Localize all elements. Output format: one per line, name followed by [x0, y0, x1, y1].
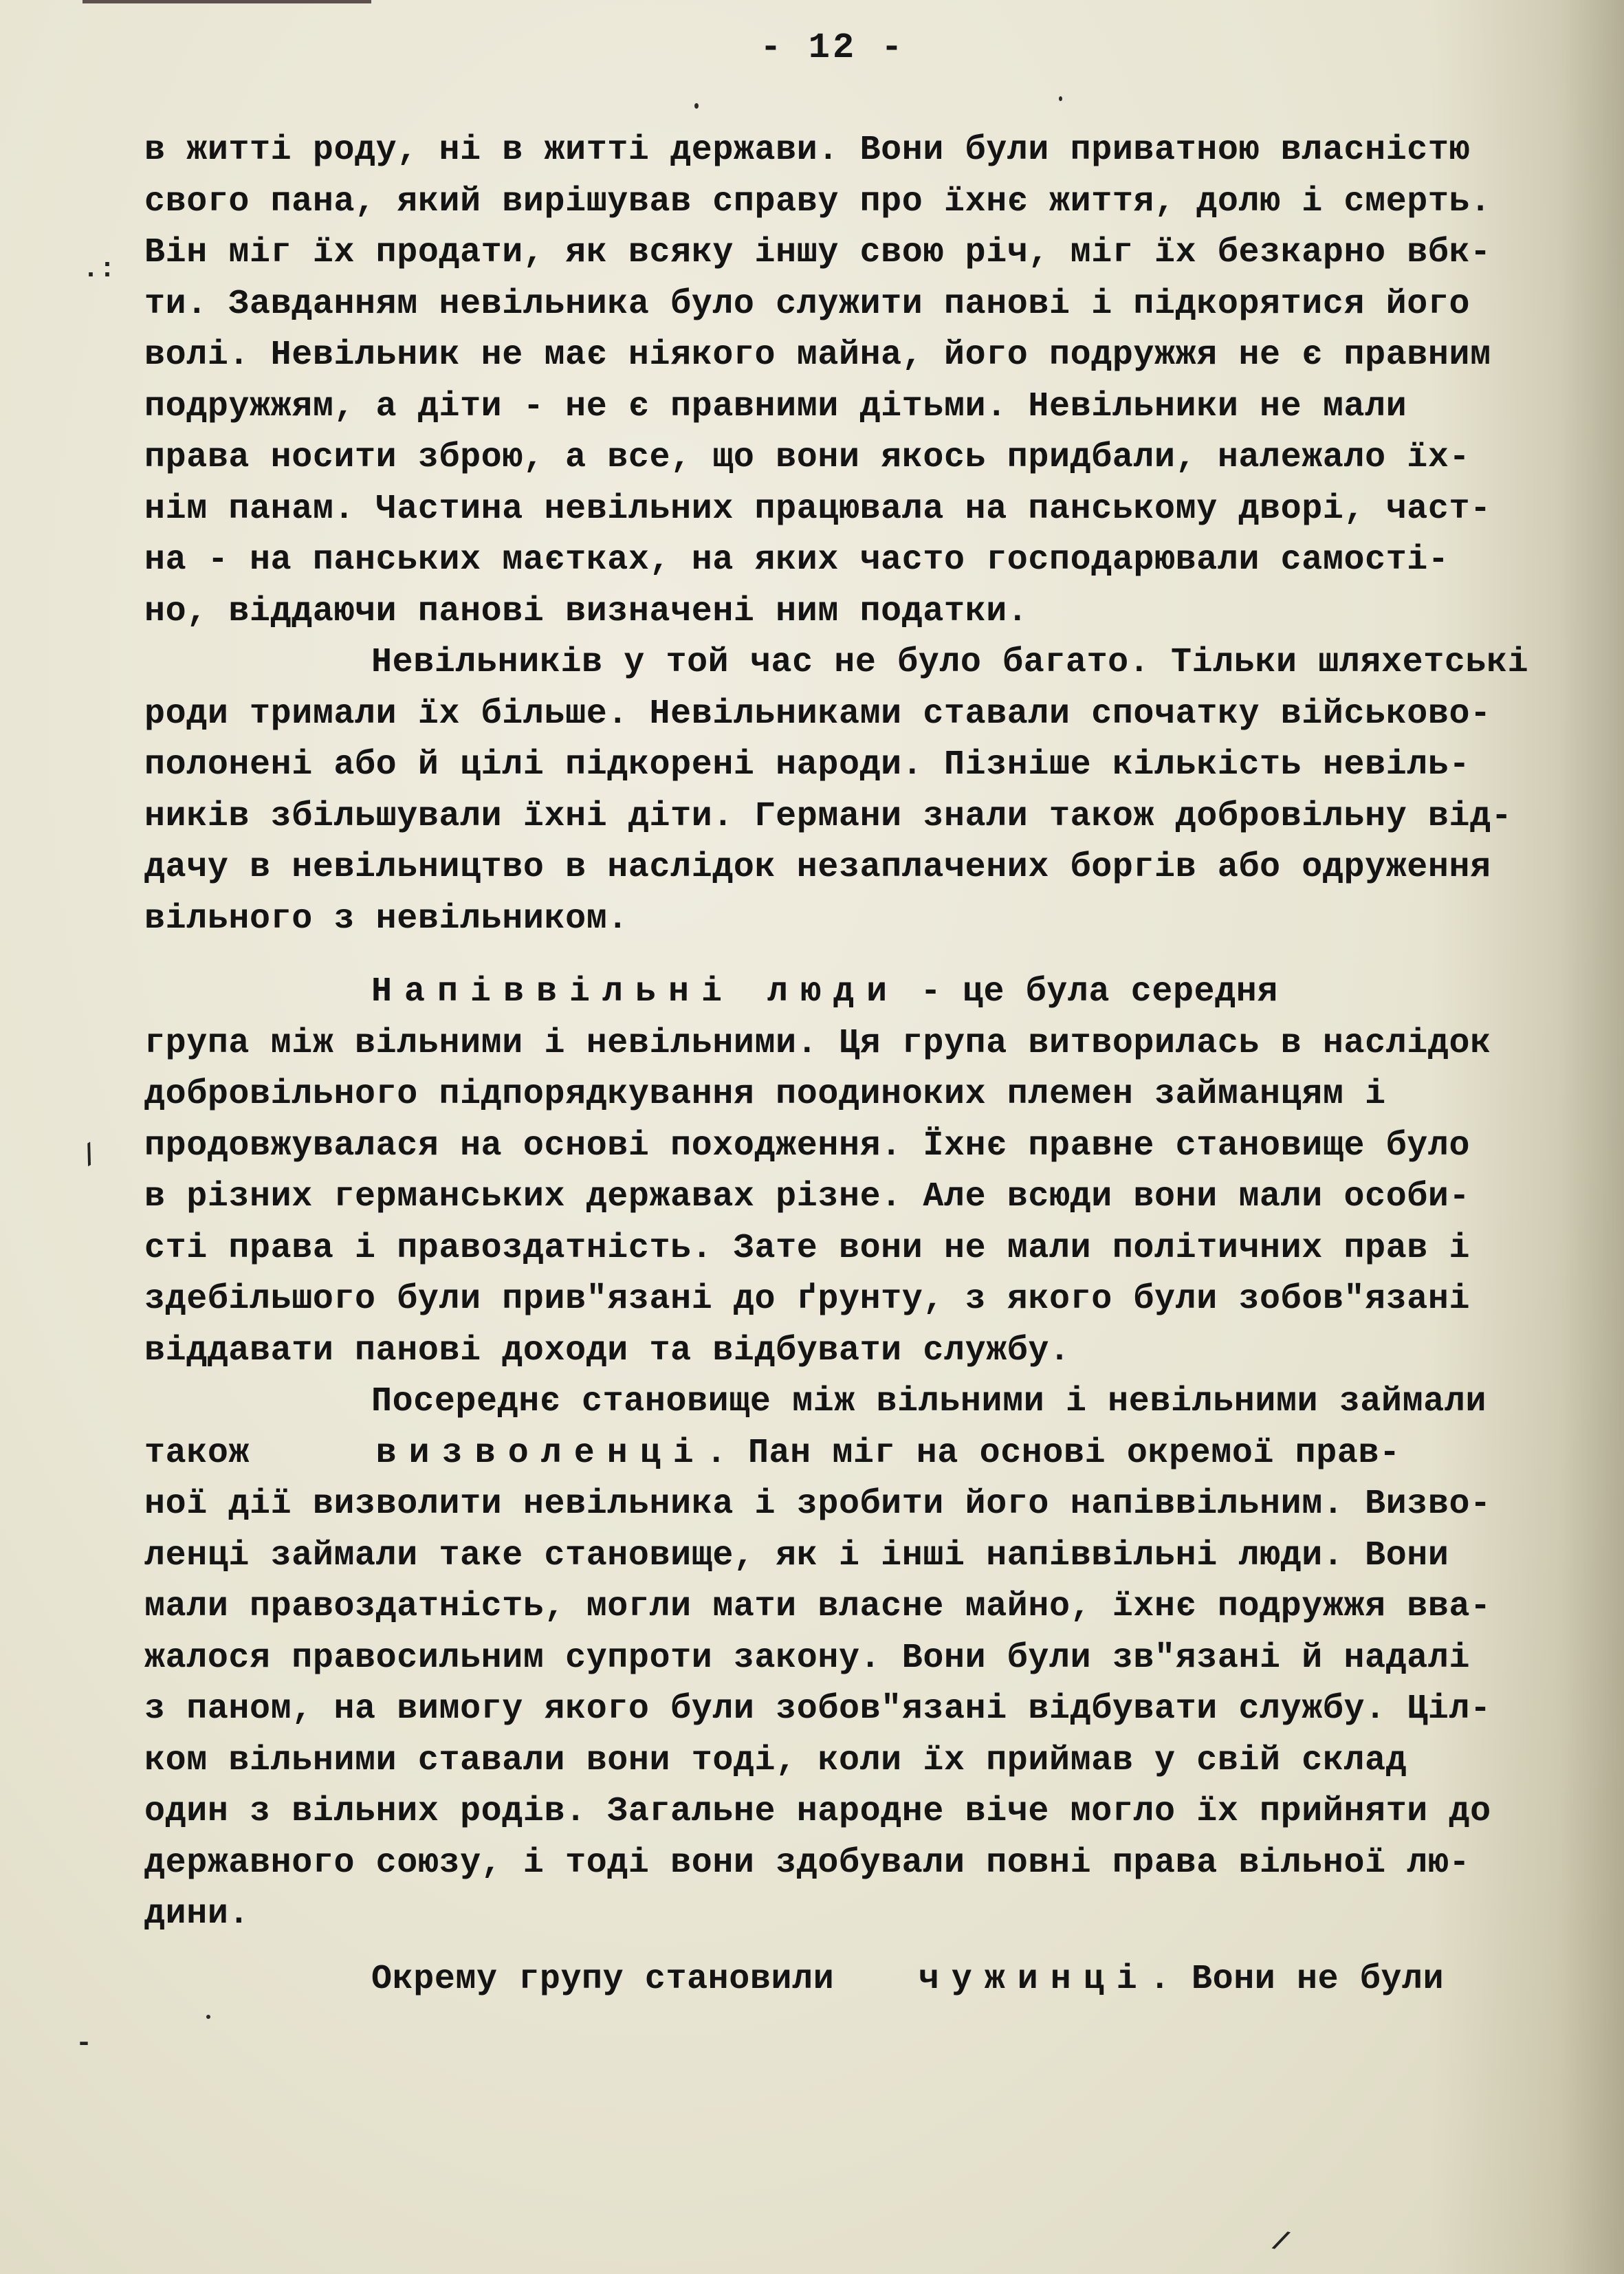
text-line: волі. Невільник не має ніякого майна, йо…: [144, 330, 1595, 382]
text-line: ників збільшували їхні діти. Германи зна…: [144, 791, 1595, 843]
page-number: - 12 -: [0, 28, 1624, 68]
typewritten-text: в житті роду, ні в житті держави. Вони б…: [144, 125, 1595, 2005]
text-line: ком вільними ставали вони тоді, коли їх …: [144, 1736, 1595, 1787]
paragraph-5: Окрему групу становили чужинці. Вони не …: [144, 1954, 1595, 2006]
text-line: Напіввільні люди - це була середня: [144, 967, 1595, 1018]
text-line: з паном, на вимогу якого були зобов"язан…: [144, 1684, 1595, 1736]
text-line: ти. Завданням невільника було служити па…: [144, 279, 1595, 331]
text-line: вільного з невільником.: [144, 894, 1595, 945]
margin-mark: -: [76, 2029, 92, 2059]
text-line: свого пана, який вирішував справу про їх…: [144, 177, 1595, 228]
margin-mark: /: [76, 1139, 105, 1174]
text-line: один з вільних родів. Загальне народне в…: [144, 1786, 1595, 1838]
text-line: мали правоздатність, могли мати власне м…: [144, 1582, 1595, 1633]
paragraph-1: в житті роду, ні в житті держави. Вони б…: [144, 125, 1595, 637]
text-line: здебільшого були прив"язані до ґрунту, з…: [144, 1274, 1595, 1326]
text-line: на - на панських маєтках, на яких часто …: [144, 535, 1595, 587]
margin-mark: /: [1269, 2227, 1293, 2261]
speck: [694, 103, 699, 109]
speck: [1059, 96, 1062, 101]
paragraph-4: Посереднє становище між вільними і невіл…: [144, 1377, 1595, 1940]
text-line: полонені або й цілі підкорені народи. Пі…: [144, 740, 1595, 791]
emphasized-term: Напіввільні люди: [371, 972, 899, 1012]
text-line: нім панам. Частина невільних працювала н…: [144, 484, 1595, 536]
text-line: роди тримали їх більше. Невільниками ста…: [144, 689, 1595, 741]
text-line: дини.: [144, 1889, 1595, 1940]
text-line: Невільників у той час не було багато. Ті…: [144, 637, 1595, 689]
text-line: продовжувалася на основі походження. Їхн…: [144, 1121, 1595, 1172]
text-line: добровільного підпорядкування поодиноких…: [144, 1069, 1595, 1121]
margin-mark: .:: [83, 254, 116, 285]
text-line: віддавати панові доходи та відбувати слу…: [144, 1326, 1595, 1377]
text-line: права носити зброю, а все, що вони якось…: [144, 433, 1595, 484]
text-line: в різних германських державах різне. Але…: [144, 1172, 1595, 1223]
emphasized-term: визволенці: [376, 1434, 706, 1473]
text-line: ленці займали таке становище, як і інші …: [144, 1531, 1595, 1582]
text-line: державного союзу, і тоді вони здобували …: [144, 1838, 1595, 1890]
text-line: дачу в невільництво в наслідок незаплаче…: [144, 842, 1595, 894]
emphasized-term: чужинці: [919, 1960, 1150, 1999]
paragraph-2: Невільників у той час не було багато. Ті…: [144, 637, 1595, 945]
scan-edge: [83, 0, 371, 3]
text-line: но, віддаючи панові визначені ним податк…: [144, 587, 1595, 638]
text-line: жалося правосильним супроти закону. Вони…: [144, 1633, 1595, 1685]
text-span: . Пан міг на основі окремої прав-: [706, 1434, 1401, 1473]
text-span: - це була середня: [899, 972, 1278, 1012]
text-line: Окрему групу становили чужинці. Вони не …: [144, 1954, 1595, 2006]
text-line: в житті роду, ні в житті держави. Вони б…: [144, 125, 1595, 177]
text-span: також: [144, 1434, 250, 1473]
text-line: також визволенці. Пан міг на основі окре…: [144, 1428, 1595, 1480]
document-page: - 12 - в житті роду, ні в житті держави.…: [0, 0, 1624, 2274]
paragraph-3: Напіввільні люди - це була середня група…: [144, 967, 1595, 1377]
speck: [206, 2015, 210, 2019]
text-line: сті права і правоздатність. Зате вони не…: [144, 1223, 1595, 1275]
text-line: подружжям, а діти - не є правними дітьми…: [144, 382, 1595, 433]
text-line: ної дії визволити невільника і зробити й…: [144, 1479, 1595, 1531]
text-span: Окрему групу становили: [371, 1960, 834, 1999]
text-line: Посереднє становище між вільними і невіл…: [144, 1377, 1595, 1428]
text-span: . Вони не були: [1150, 1960, 1444, 1999]
text-line: група між вільними і невільними. Ця груп…: [144, 1018, 1595, 1070]
text-line: Він міг їх продати, як всяку іншу свою р…: [144, 228, 1595, 279]
